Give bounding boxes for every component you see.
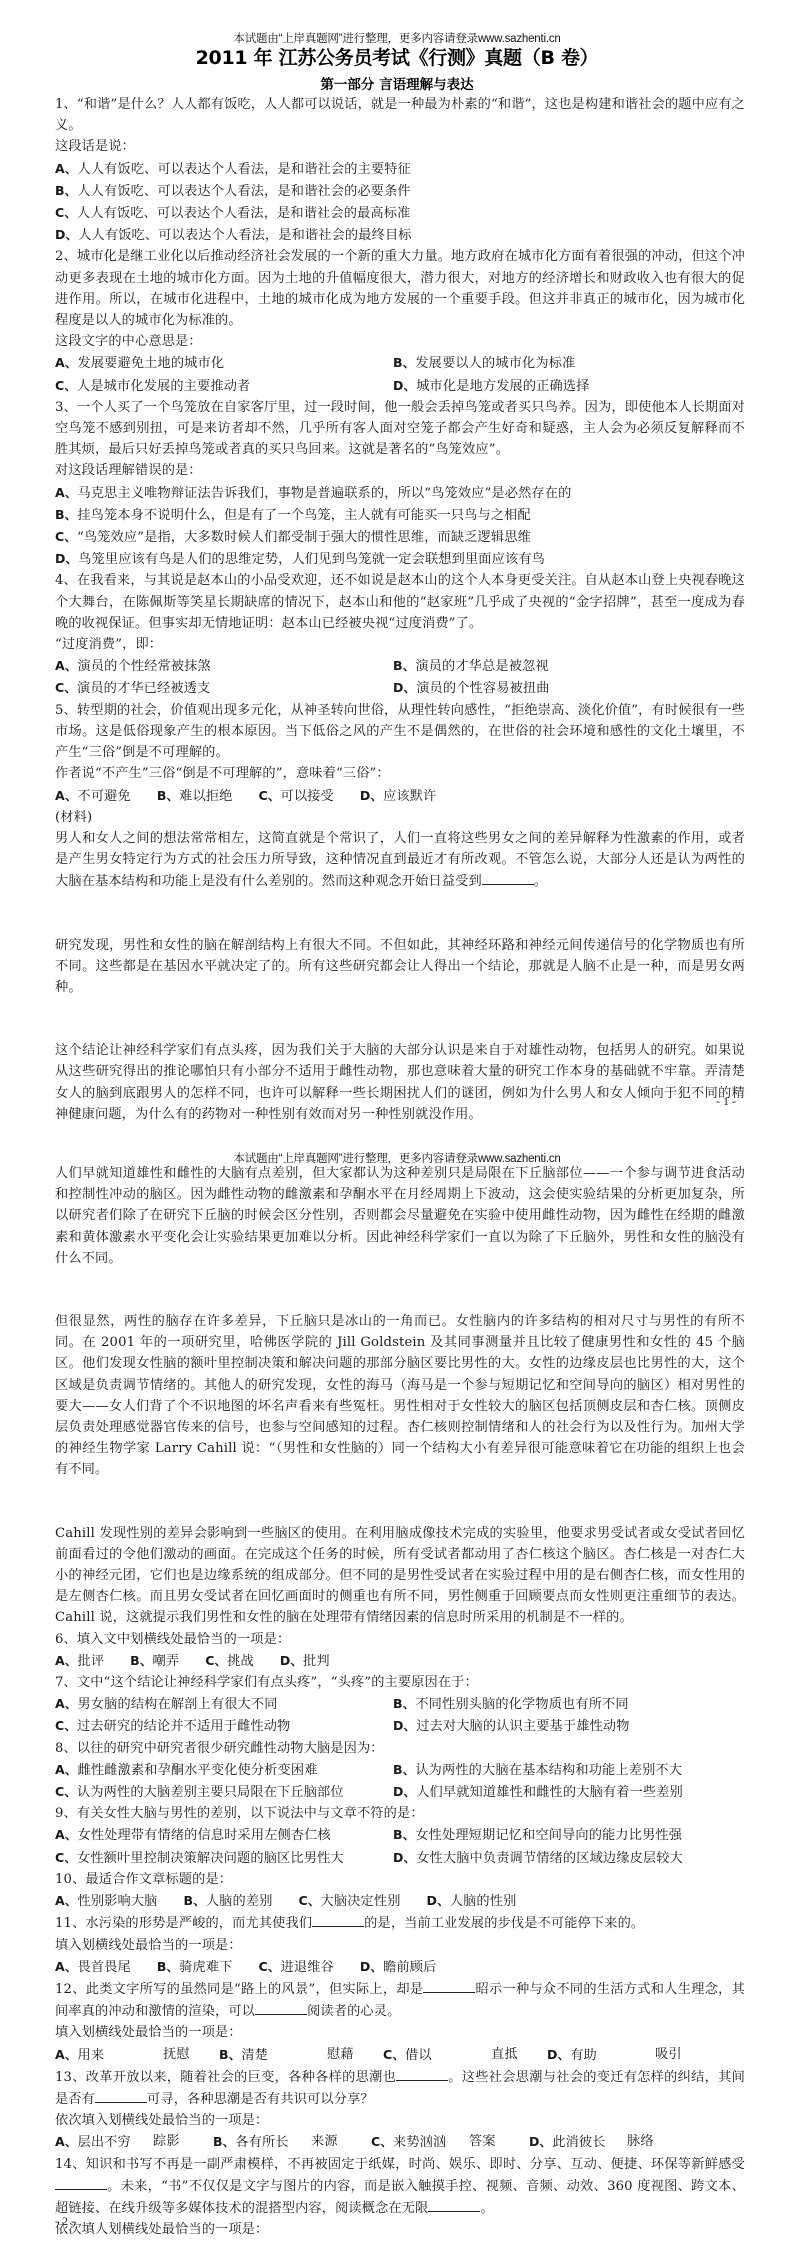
question-2-option-d[interactable]: D、城市化是地方发展的正确选择 — [393, 375, 731, 397]
question-12-option-d-word-2: 吸引 — [655, 2044, 711, 2066]
page-2: 本试题由“上岸真题网”进行整理，更多内容请登录www.sazhenti.cn 人… — [0, 1120, 794, 2244]
fill-blank — [55, 2175, 107, 2190]
question-12-prompt: 填入划横线处最恰当的一项是： — [55, 2022, 745, 2043]
question-12-option-c-word-2: 直抵 — [491, 2044, 547, 2066]
question-10-option-d[interactable]: D、人脑的性别 — [427, 1890, 517, 1912]
question-13-option-a-word-2: 踪影 — [153, 2131, 213, 2153]
question-7-option-b[interactable]: B、不同性别头脑的化学物质也有所不同 — [393, 1693, 731, 1715]
question-12-options: A、用来 抚慰 B、清楚 慰藉 C、借以 直抵 D、有助 吸引 — [55, 2044, 745, 2066]
fill-blank — [423, 1978, 475, 1993]
question-2-option-b[interactable]: B、发展要以人的城市化为标准 — [393, 352, 731, 374]
question-13-option-c-word-2: 答案 — [469, 2131, 529, 2153]
question-3-option-c[interactable]: C、“鸟笼效应”是指，大多数时候人们都受制于强大的惯性思维，而缺乏逻辑思维 — [55, 526, 745, 548]
question-5-options: A、不可避免 B、难以拒绝 C、可以接受 D、应该默许 — [55, 785, 745, 807]
question-9-options-row-1: A、女性处理带有情绪的信息时采用左侧杏仁核 B、女性处理短期记忆和空间导向的能力… — [55, 1824, 745, 1846]
question-4-option-c[interactable]: C、演员的才华已经被透支 — [55, 677, 393, 699]
question-13-prompt: 依次填入划横线处最恰当的一项是： — [55, 2110, 745, 2131]
fill-blank — [255, 2000, 307, 2015]
question-1-stem: 1、“和谐”是什么？人人都有饭吃，人人都可以说话，就是一种最为朴素的“和谐”，这… — [55, 94, 745, 136]
question-7-option-a[interactable]: A、男女脑的结构在解剖上有很大不同 — [55, 1693, 393, 1715]
question-14-prompt: 依次填人划横线处最恰当的一项是： — [55, 2219, 745, 2240]
question-12-option-a[interactable]: A、用来 — [55, 2044, 163, 2066]
question-11-option-c[interactable]: C、进退维谷 — [259, 1956, 334, 1978]
question-5-option-b[interactable]: B、难以拒绝 — [157, 785, 233, 807]
question-6-option-b[interactable]: B、嘲弄 — [130, 1650, 179, 1672]
page-2-body: 人们早就知道雄性和雌性的大脑有点差别，但大家都认为这种差别只是局限在下丘脑部位—… — [55, 1163, 745, 2240]
question-12-option-b-word-2: 慰藉 — [327, 2044, 383, 2066]
question-9-option-b[interactable]: B、女性处理短期记忆和空间导向的能力比男性强 — [393, 1824, 731, 1846]
question-3-option-b[interactable]: B、挂鸟笼本身不说明什么，但是有了一个鸟笼，主人就有可能买一只鸟与之相配 — [55, 504, 745, 526]
page-1: 本试题由“上岸真题网”进行整理，更多内容请登录www.sazhenti.cn 2… — [0, 0, 794, 1120]
question-4-option-a[interactable]: A、演员的个性经常被抹煞 — [55, 655, 393, 677]
question-8-options-row-2: C、认为两性的大脑差别主要只局限在下丘脑部位 D、人们早就知道雄性和雌性的大脑有… — [55, 1781, 745, 1803]
question-9-options-row-2: C、女性额叶里控制决策解决问题的脑区比男性大 D、女性大脑中负责调节情绪的区域边… — [55, 1847, 745, 1869]
question-8-options-row-1: A、雌性雌激素和孕酮水平变化使分析变困难 B、认为两性的大脑在基本结构和功能上差… — [55, 1759, 745, 1781]
material-paragraph-3: 这个结论让神经科学家们有点头疼，因为我们关于大脑的大部分认识是来自于对雄性动物，… — [55, 1040, 745, 1125]
question-11-options: A、畏首畏尾 B、骑虎难下 C、进退维谷 D、瞻前顾后 — [55, 1956, 745, 1978]
question-3-prompt: 对这段话理解错误的是： — [55, 460, 745, 481]
question-1-option-a[interactable]: A、人人有饭吃、可以表达个人看法，是和谐社会的主要特征 — [55, 158, 745, 180]
material-paragraph-5: 但很显然，两性的脑存在许多差异，下丘脑只是冰山的一角而已。女性脑内的许多结构的相… — [55, 1311, 745, 1481]
question-9-stem: 9、有关女性大脑与男性的差别，以下说法中与文章不符的是： — [55, 1803, 745, 1824]
page-number-2: - 2 - — [55, 2214, 75, 2229]
question-8-stem: 8、以往的研究中研究者很少研究雌性动物大脑是因为： — [55, 1738, 745, 1759]
question-12-option-c[interactable]: C、借以 — [383, 2044, 491, 2066]
material-paragraph-4: 人们早就知道雄性和雌性的大脑有点差别，但大家都认为这种差别只是局限在下丘脑部位—… — [55, 1163, 745, 1269]
question-7-options-row-1: A、男女脑的结构在解剖上有很大不同 B、不同性别头脑的化学物质也有所不同 — [55, 1693, 745, 1715]
question-5-option-c[interactable]: C、可以接受 — [259, 785, 334, 807]
document-title: 2011 年 江苏公务员考试《行测》真题（B 卷） — [0, 43, 794, 70]
question-13-option-d[interactable]: D、此消彼长 — [529, 2131, 627, 2153]
question-11-option-d[interactable]: D、瞻前顾后 — [360, 1956, 437, 1978]
question-1-option-c[interactable]: C、人人有饭吃、可以表达个人看法，是和谐社会的最高标准 — [55, 202, 745, 224]
question-10-option-a[interactable]: A、性别影响大脑 — [55, 1890, 158, 1912]
question-13-options: A、层出不穷 踪影 B、各有所长 来源 C、来势汹汹 答案 D、此消彼长 脉络 — [55, 2131, 745, 2153]
question-5-stem: 5、转型期的社会，价值观出现多元化，从神圣转向世俗，从理性转向感性，“拒绝崇高、… — [55, 700, 745, 764]
question-8-option-d[interactable]: D、人们早就知道雄性和雌性的大脑有着一些差别 — [393, 1781, 731, 1803]
fill-blank — [428, 2197, 480, 2212]
question-10-option-c[interactable]: C、大脑决定性别 — [299, 1890, 401, 1912]
question-2-prompt: 这段文字的中心意思是： — [55, 331, 745, 352]
question-11-prompt: 填入划横线处最恰当的一项是： — [55, 1935, 745, 1956]
question-8-option-a[interactable]: A、雌性雌激素和孕酮水平变化使分析变困难 — [55, 1759, 393, 1781]
question-7-option-c[interactable]: C、过去研究的结论并不适用于雌性动物 — [55, 1715, 393, 1737]
fill-blank — [482, 870, 534, 885]
question-6-options: A、批评 B、嘲弄 C、挑战 D、批判 — [55, 1650, 745, 1672]
question-8-option-b[interactable]: B、认为两性的大脑在基本结构和功能上差别不大 — [393, 1759, 731, 1781]
fill-blank — [396, 2066, 448, 2081]
question-7-option-d[interactable]: D、过去对大脑的认识主要基于雄性动物 — [393, 1715, 731, 1737]
question-4-option-d[interactable]: D、演员的个性容易被扭曲 — [393, 677, 731, 699]
question-11-option-a[interactable]: A、畏首畏尾 — [55, 1956, 131, 1978]
question-3-option-a[interactable]: A、马克思主义唯物辩证法告诉我们，事物是普遍联系的，所以“鸟笼效应”是必然存在的 — [55, 482, 745, 504]
page-1-body: 1、“和谐”是什么？人人都有饭吃，人人都可以说话，就是一种最为朴素的“和谐”，这… — [55, 94, 745, 1125]
question-8-option-c[interactable]: C、认为两性的大脑差别主要只局限在下丘脑部位 — [55, 1781, 393, 1803]
question-6-stem: 6、填入文中划横线处最恰当的一项是： — [55, 1629, 745, 1650]
question-13-option-b[interactable]: B、各有所长 — [213, 2131, 311, 2153]
question-12-option-b[interactable]: B、清楚 — [219, 2044, 327, 2066]
question-1-option-d[interactable]: D、人人有饭吃、可以表达个人看法，是和谐社会的最终目标 — [55, 224, 745, 246]
question-12-option-a-word-2: 抚慰 — [163, 2044, 219, 2066]
question-13-stem: 13、改革开放以来，随着社会的巨变，各种各样的思潮也。这些社会思潮与社会的变迁有… — [55, 2066, 745, 2110]
question-4-option-b[interactable]: B、演员的才华总是被忽视 — [393, 655, 731, 677]
question-10-options: A、性别影响大脑 B、人脑的差别 C、大脑决定性别 D、人脑的性别 — [55, 1890, 745, 1912]
question-12-option-d[interactable]: D、有助 — [547, 2044, 655, 2066]
question-1-prompt: 这段话是说： — [55, 136, 745, 157]
question-10-stem: 10、最适合作文章标题的是： — [55, 1869, 745, 1890]
question-6-option-a[interactable]: A、批评 — [55, 1650, 104, 1672]
question-1-option-b[interactable]: B、人人有饭吃、可以表达个人看法，是和谐社会的必要条件 — [55, 180, 745, 202]
question-3-stem: 3、一个人买了一个鸟笼放在自家客厅里，过一段时间，他一般会丢掉鸟笼或者买只鸟养。… — [55, 397, 745, 461]
question-6-option-c[interactable]: C、挑战 — [205, 1650, 254, 1672]
question-11-stem: 11、水污染的形势是严峻的，而尤其使我们的是，当前工业发展的步伐是不可能停下来的… — [55, 1912, 745, 1934]
fill-blank — [312, 1912, 364, 1927]
question-6-option-d[interactable]: D、批判 — [280, 1650, 330, 1672]
question-4-stem: 4、在我看来，与其说是赵本山的小品受欢迎，还不如说是赵本山的这个人本身更受关注。… — [55, 570, 745, 634]
question-5-option-d[interactable]: D、应该默许 — [360, 785, 437, 807]
question-13-option-a[interactable]: A、层出不穷 — [55, 2131, 153, 2153]
question-4-options-row-2: C、演员的才华已经被透支 D、演员的个性容易被扭曲 — [55, 677, 745, 699]
question-10-option-b[interactable]: B、人脑的差别 — [184, 1890, 273, 1912]
question-2-option-a[interactable]: A、发展要避免土地的城市化 — [55, 352, 393, 374]
question-7-options-row-2: C、过去研究的结论并不适用于雌性动物 D、过去对大脑的认识主要基于雄性动物 — [55, 1715, 745, 1737]
question-13-option-d-word-2: 脉络 — [627, 2131, 687, 2153]
material-paragraph-2: 研究发现，男性和女性的脑在解剖结构上有很大不同。不但如此，其神经环路和神经元间传… — [55, 935, 745, 999]
question-2-options-row-1: A、发展要避免土地的城市化 B、发展要以人的城市化为标准 — [55, 352, 745, 374]
question-2-stem: 2、城市化是继工业化以后推动经济社会发展的一个新的重大力量。地方政府在城市化方面… — [55, 246, 745, 331]
question-2-option-c[interactable]: C、人是城市化发展的主要推动者 — [55, 375, 393, 397]
question-2-options-row-2: C、人是城市化发展的主要推动者 D、城市化是地方发展的正确选择 — [55, 375, 745, 397]
question-9-option-d[interactable]: D、女性大脑中负责调节情绪的区域边缘皮层较大 — [393, 1847, 731, 1869]
section-heading: 第一部分 言语理解与表达 — [0, 73, 794, 93]
question-13-option-b-word-2: 来源 — [311, 2131, 371, 2153]
page-number-1: - 1 - — [716, 1094, 736, 1109]
question-5-prompt: 作者说“不产生”三俗“倒是不可理解的”，意味着“三俗”： — [55, 763, 745, 784]
question-5-option-a[interactable]: A、不可避免 — [55, 785, 131, 807]
question-12-stem: 12、此类文字所写的虽然同是“路上的风景”，但实际上，却是昭示一种与众不同的生活… — [55, 1978, 745, 2022]
fill-blank — [95, 2088, 147, 2103]
question-9-option-c[interactable]: C、女性额叶里控制决策解决问题的脑区比男性大 — [55, 1847, 393, 1869]
question-14-stem: 14、知识和书写不再是一副严肃模样，不再被固定于纸媒，时尚、娱乐、即时、分享、互… — [55, 2154, 745, 2220]
question-3-option-d[interactable]: D、鸟笼里应该有鸟是人们的思维定势，人们见到鸟笼就一定会联想到里面应该有鸟 — [55, 548, 745, 570]
material-paragraph-1: 男人和女人之间的想法常常相左，这简直就是个常识了，人们一直将这些男女之间的差异解… — [55, 828, 745, 893]
question-9-option-a[interactable]: A、女性处理带有情绪的信息时采用左侧杏仁核 — [55, 1824, 393, 1846]
question-13-option-c[interactable]: C、来势汹汹 — [371, 2131, 469, 2153]
question-4-options-row-1: A、演员的个性经常被抹煞 B、演员的才华总是被忽视 — [55, 655, 745, 677]
question-11-option-b[interactable]: B、骑虎难下 — [157, 1956, 233, 1978]
question-7-stem: 7、文中“这个结论让神经科学家们有点头疼”，“头疼”的主要原因在于： — [55, 1672, 745, 1693]
material-paragraph-6: Cahill 发现性别的差异会影响到一些脑区的使用。在利用脑成像技术完成的实验里… — [55, 1523, 745, 1629]
question-4-prompt: “过度消费”，即： — [55, 634, 745, 655]
material-label: (材料) — [55, 807, 745, 828]
